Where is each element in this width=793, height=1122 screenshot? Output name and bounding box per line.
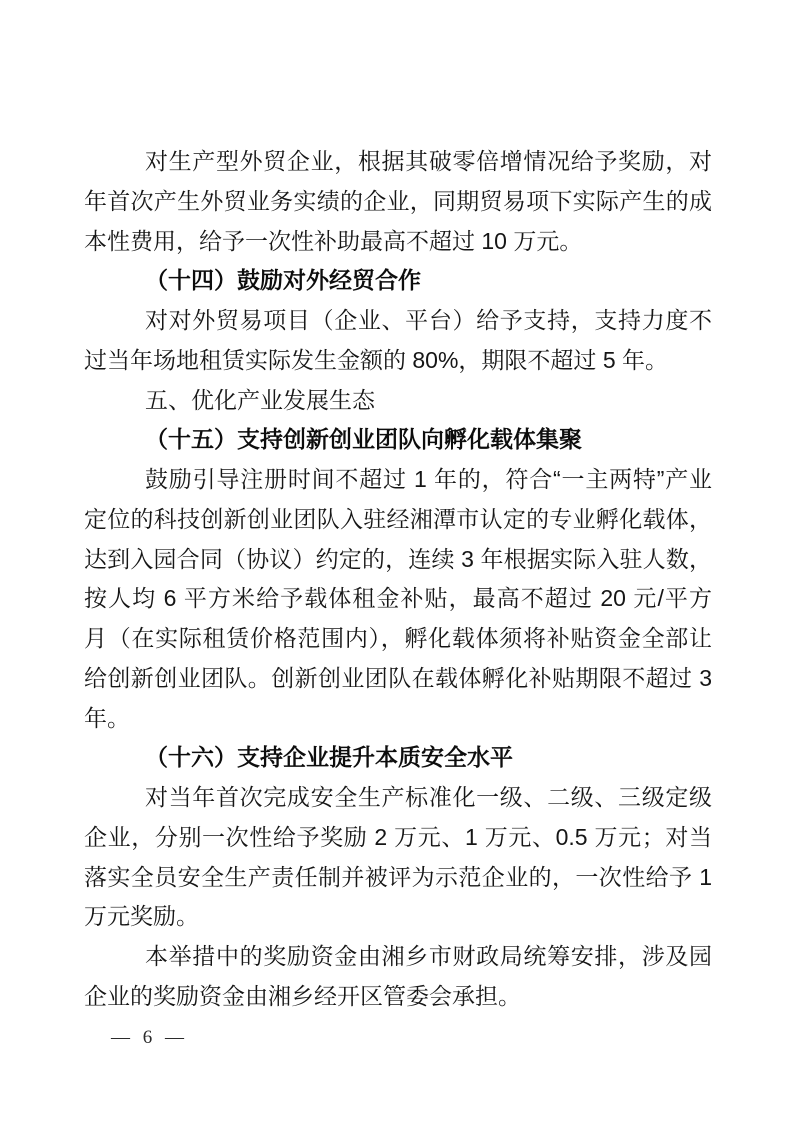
paragraph: 对对外贸易项目（企业、平台）给予支持，支持力度不超过当年场地租赁实际发生金额的 …	[84, 301, 712, 381]
text-line: 万元奖励。	[84, 897, 712, 937]
paragraph: 鼓励引导注册时间不超过 1 年的，符合“一主两特”产业定位的科技创新创业团队入驻…	[84, 460, 712, 738]
text-line: 鼓励引导注册时间不超过 1 年的，符合“一主两特”产业	[84, 460, 712, 500]
text-line: 达到入园合同（协议）约定的，连续 3 年根据实际入驻人数，	[84, 540, 712, 580]
numbered-heading: （十四）鼓励对外经贸合作	[84, 261, 712, 301]
text-line: （十六）支持企业提升本质安全水平	[84, 738, 712, 778]
paragraph: 对当年首次完成安全生产标准化一级、二级、三级定级的企业，分别一次性给予奖励 2 …	[84, 778, 712, 937]
text-line: 本性费用，给予一次性补助最高不超过 10 万元。	[84, 222, 712, 262]
text-line: 本举措中的奖励资金由湘乡市财政局统筹安排，涉及园区	[84, 937, 712, 977]
text-line: 落实全员安全生产责任制并被评为示范企业的，一次性给予 1	[84, 858, 712, 898]
text-line: 对当年首次完成安全生产标准化一级、二级、三级定级的	[84, 778, 712, 818]
text-line: 对生产型外贸企业，根据其破零倍增情况给予奖励，对当	[84, 142, 712, 182]
text-line: （十四）鼓励对外经贸合作	[84, 261, 712, 301]
numbered-heading: （十五）支持创新创业团队向孵化载体集聚	[84, 420, 712, 460]
document-page: 对生产型外贸企业，根据其破零倍增情况给予奖励，对当年首次产生外贸业务实绩的企业，…	[0, 0, 793, 1122]
text-line: 五、优化产业发展生态	[84, 381, 712, 421]
text-line: 过当年场地租赁实际发生金额的 80%，期限不超过 5 年。	[84, 341, 712, 381]
text-line: 企业的奖励资金由湘乡经开区管委会承担。	[84, 977, 712, 1017]
text-line: 定位的科技创新创业团队入驻经湘潭市认定的专业孵化载体，	[84, 500, 712, 540]
paragraph: 对生产型外贸企业，根据其破零倍增情况给予奖励，对当年首次产生外贸业务实绩的企业，…	[84, 142, 712, 261]
numbered-heading: （十六）支持企业提升本质安全水平	[84, 738, 712, 778]
text-line: 年首次产生外贸业务实绩的企业，同期贸易项下实际产生的成	[84, 182, 712, 222]
document-body: 对生产型外贸企业，根据其破零倍增情况给予奖励，对当年首次产生外贸业务实绩的企业，…	[84, 142, 712, 1017]
text-line: 企业，分别一次性给予奖励 2 万元、1 万元、0.5 万元；对当年	[84, 818, 712, 858]
text-line: 对对外贸易项目（企业、平台）给予支持，支持力度不超	[84, 301, 712, 341]
text-line: 月（在实际租赁价格范围内），孵化载体须将补贴资金全部让渡	[84, 619, 712, 659]
section-heading: 五、优化产业发展生态	[84, 381, 712, 421]
text-line: 年。	[84, 699, 712, 739]
text-line: 给创新创业团队。创新创业团队在载体孵化补贴期限不超过 3	[84, 659, 712, 699]
paragraph: 本举措中的奖励资金由湘乡市财政局统筹安排，涉及园区企业的奖励资金由湘乡经开区管委…	[84, 937, 712, 1017]
text-line: （十五）支持创新创业团队向孵化载体集聚	[84, 420, 712, 460]
text-line: 按人均 6 平方米给予载体租金补贴，最高不超过 20 元/平方米/	[84, 579, 712, 619]
page-number: — 6 —	[111, 1027, 185, 1049]
